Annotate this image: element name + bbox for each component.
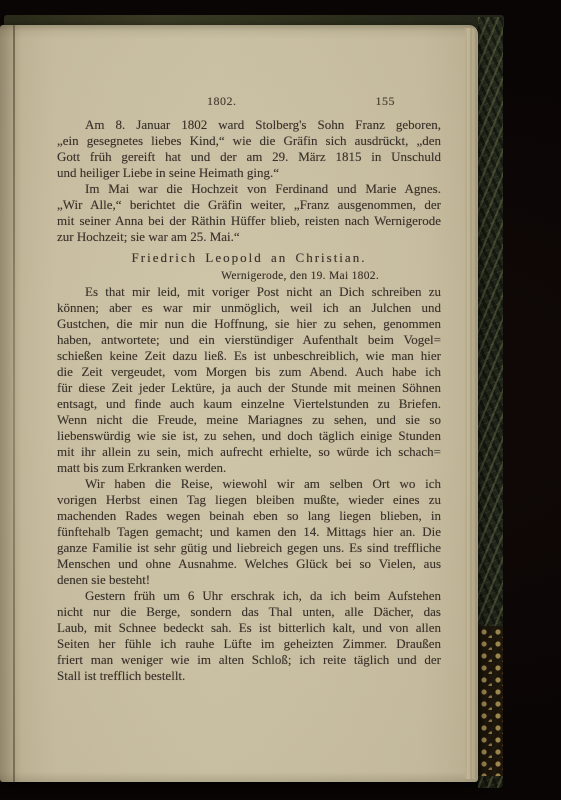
page-gutter-shade [0, 25, 22, 782]
text-line: mit seiner Anna bei der Räthin Hüffer bl… [57, 213, 441, 229]
text-line: können; aber es war mir unmöglich, weil … [57, 300, 441, 316]
text-line: mit ihr allein zu sein, mich aufrecht er… [57, 444, 441, 460]
text-line: und heiliger Liebe in seine Heimath ging… [57, 165, 441, 181]
letter-dateline: Wernigerode, den 19. Mai 1802. [57, 268, 441, 284]
paragraph-5: Gestern früh um 6 Uhr erschrak ich, da i… [57, 588, 441, 684]
text-line: „ein gesegnetes liebes Kind,“ wie die Gr… [57, 133, 441, 149]
page-gutter-crease [13, 25, 15, 782]
text-line: vorigen Herbst einen Tag liegen bleiben … [57, 492, 441, 508]
text-line: Stall ist trefflich bestellt. [57, 668, 441, 684]
paragraph-3: Es that mir leid, mit voriger Post nicht… [57, 284, 441, 476]
running-header-year: 1802. [207, 93, 237, 109]
text-line: denen sie besteht! [57, 572, 441, 588]
text-line: zur Hochzeit; sie war am 25. Mai.“ [57, 229, 441, 245]
text-line: für diese Zeit jeder Lektüre, ja auch de… [57, 380, 441, 396]
text-line: entsagt, und finde auch kaum einzelne Vi… [57, 396, 441, 412]
paragraph-4: Wir haben die Reise, wiewohl wir am selb… [57, 476, 441, 588]
book-page: 1802. 155 Am 8. Januar 1802 ward Stolber… [0, 25, 478, 782]
text-line: friert man weniger wie im alten Schloß; … [57, 652, 441, 668]
paragraph-1: Am 8. Januar 1802 ward Stolberg's Sohn F… [57, 117, 441, 181]
book-cover-marble [478, 17, 503, 788]
text-line: haben, antwortete; und ein vierstündiger… [57, 332, 441, 348]
text-line: liebenswürdig wie sie ist, zu sehen, und… [57, 428, 441, 444]
text-line: Im Mai war die Hochzeit von Ferdinand un… [57, 181, 441, 197]
running-header: 1802. 155 [57, 93, 441, 109]
page-fore-edge [465, 28, 478, 779]
text-line: „Wir Alle,“ berichtet die Gräfin weiter,… [57, 197, 441, 213]
text-line: fünftehalb Tagen gemacht; und kamen den … [57, 524, 441, 540]
text-line: die Zeit vergeudet, vom Morgen bis zum A… [57, 364, 441, 380]
text-line: nicht nur die Berge, sondern das Thal un… [57, 604, 441, 620]
text-line: schießen keine Zeit dazu ließ. Es ist un… [57, 348, 441, 364]
text-line: Gustchen, die mir nun die Hoffnung, sie … [57, 316, 441, 332]
text-line: Wir haben die Reise, wiewohl wir am selb… [57, 476, 441, 492]
text-line: Gestern früh um 6 Uhr erschrak ich, da i… [57, 588, 441, 604]
page-text: 1802. 155 Am 8. Januar 1802 ward Stolber… [57, 93, 441, 684]
text-line: Laub, mit Schnee bedeckt sah. Es ist bit… [57, 620, 441, 636]
book-cover-gold-pattern [478, 626, 503, 776]
text-line: ganze Familie ist sehr gütig und liebrei… [57, 540, 441, 556]
book-scan: 1802. 155 Am 8. Januar 1802 ward Stolber… [0, 0, 561, 800]
paragraph-2: Im Mai war die Hochzeit von Ferdinand un… [57, 181, 441, 245]
text-line: Wenn nicht die Freude, meine Mariagnes z… [57, 412, 441, 428]
text-line: Am 8. Januar 1802 ward Stolberg's Sohn F… [57, 117, 441, 133]
text-line: matt bis zum Erkranken werden. [57, 460, 441, 476]
text-line: Menschen und ohne Ausnahme. Welches Glüc… [57, 556, 441, 572]
text-line: machenden Rades wegen beinah eben so lan… [57, 508, 441, 524]
text-line: Gott früh gereift hat und der am 29. Mär… [57, 149, 441, 165]
text-line: Seiten her fühle ich rauhe Lüfte im gehe… [57, 636, 441, 652]
letter-heading: Friedrich Leopold an Christian. [57, 250, 441, 268]
text-line: Es that mir leid, mit voriger Post nicht… [57, 284, 441, 300]
page-number: 155 [376, 93, 396, 109]
